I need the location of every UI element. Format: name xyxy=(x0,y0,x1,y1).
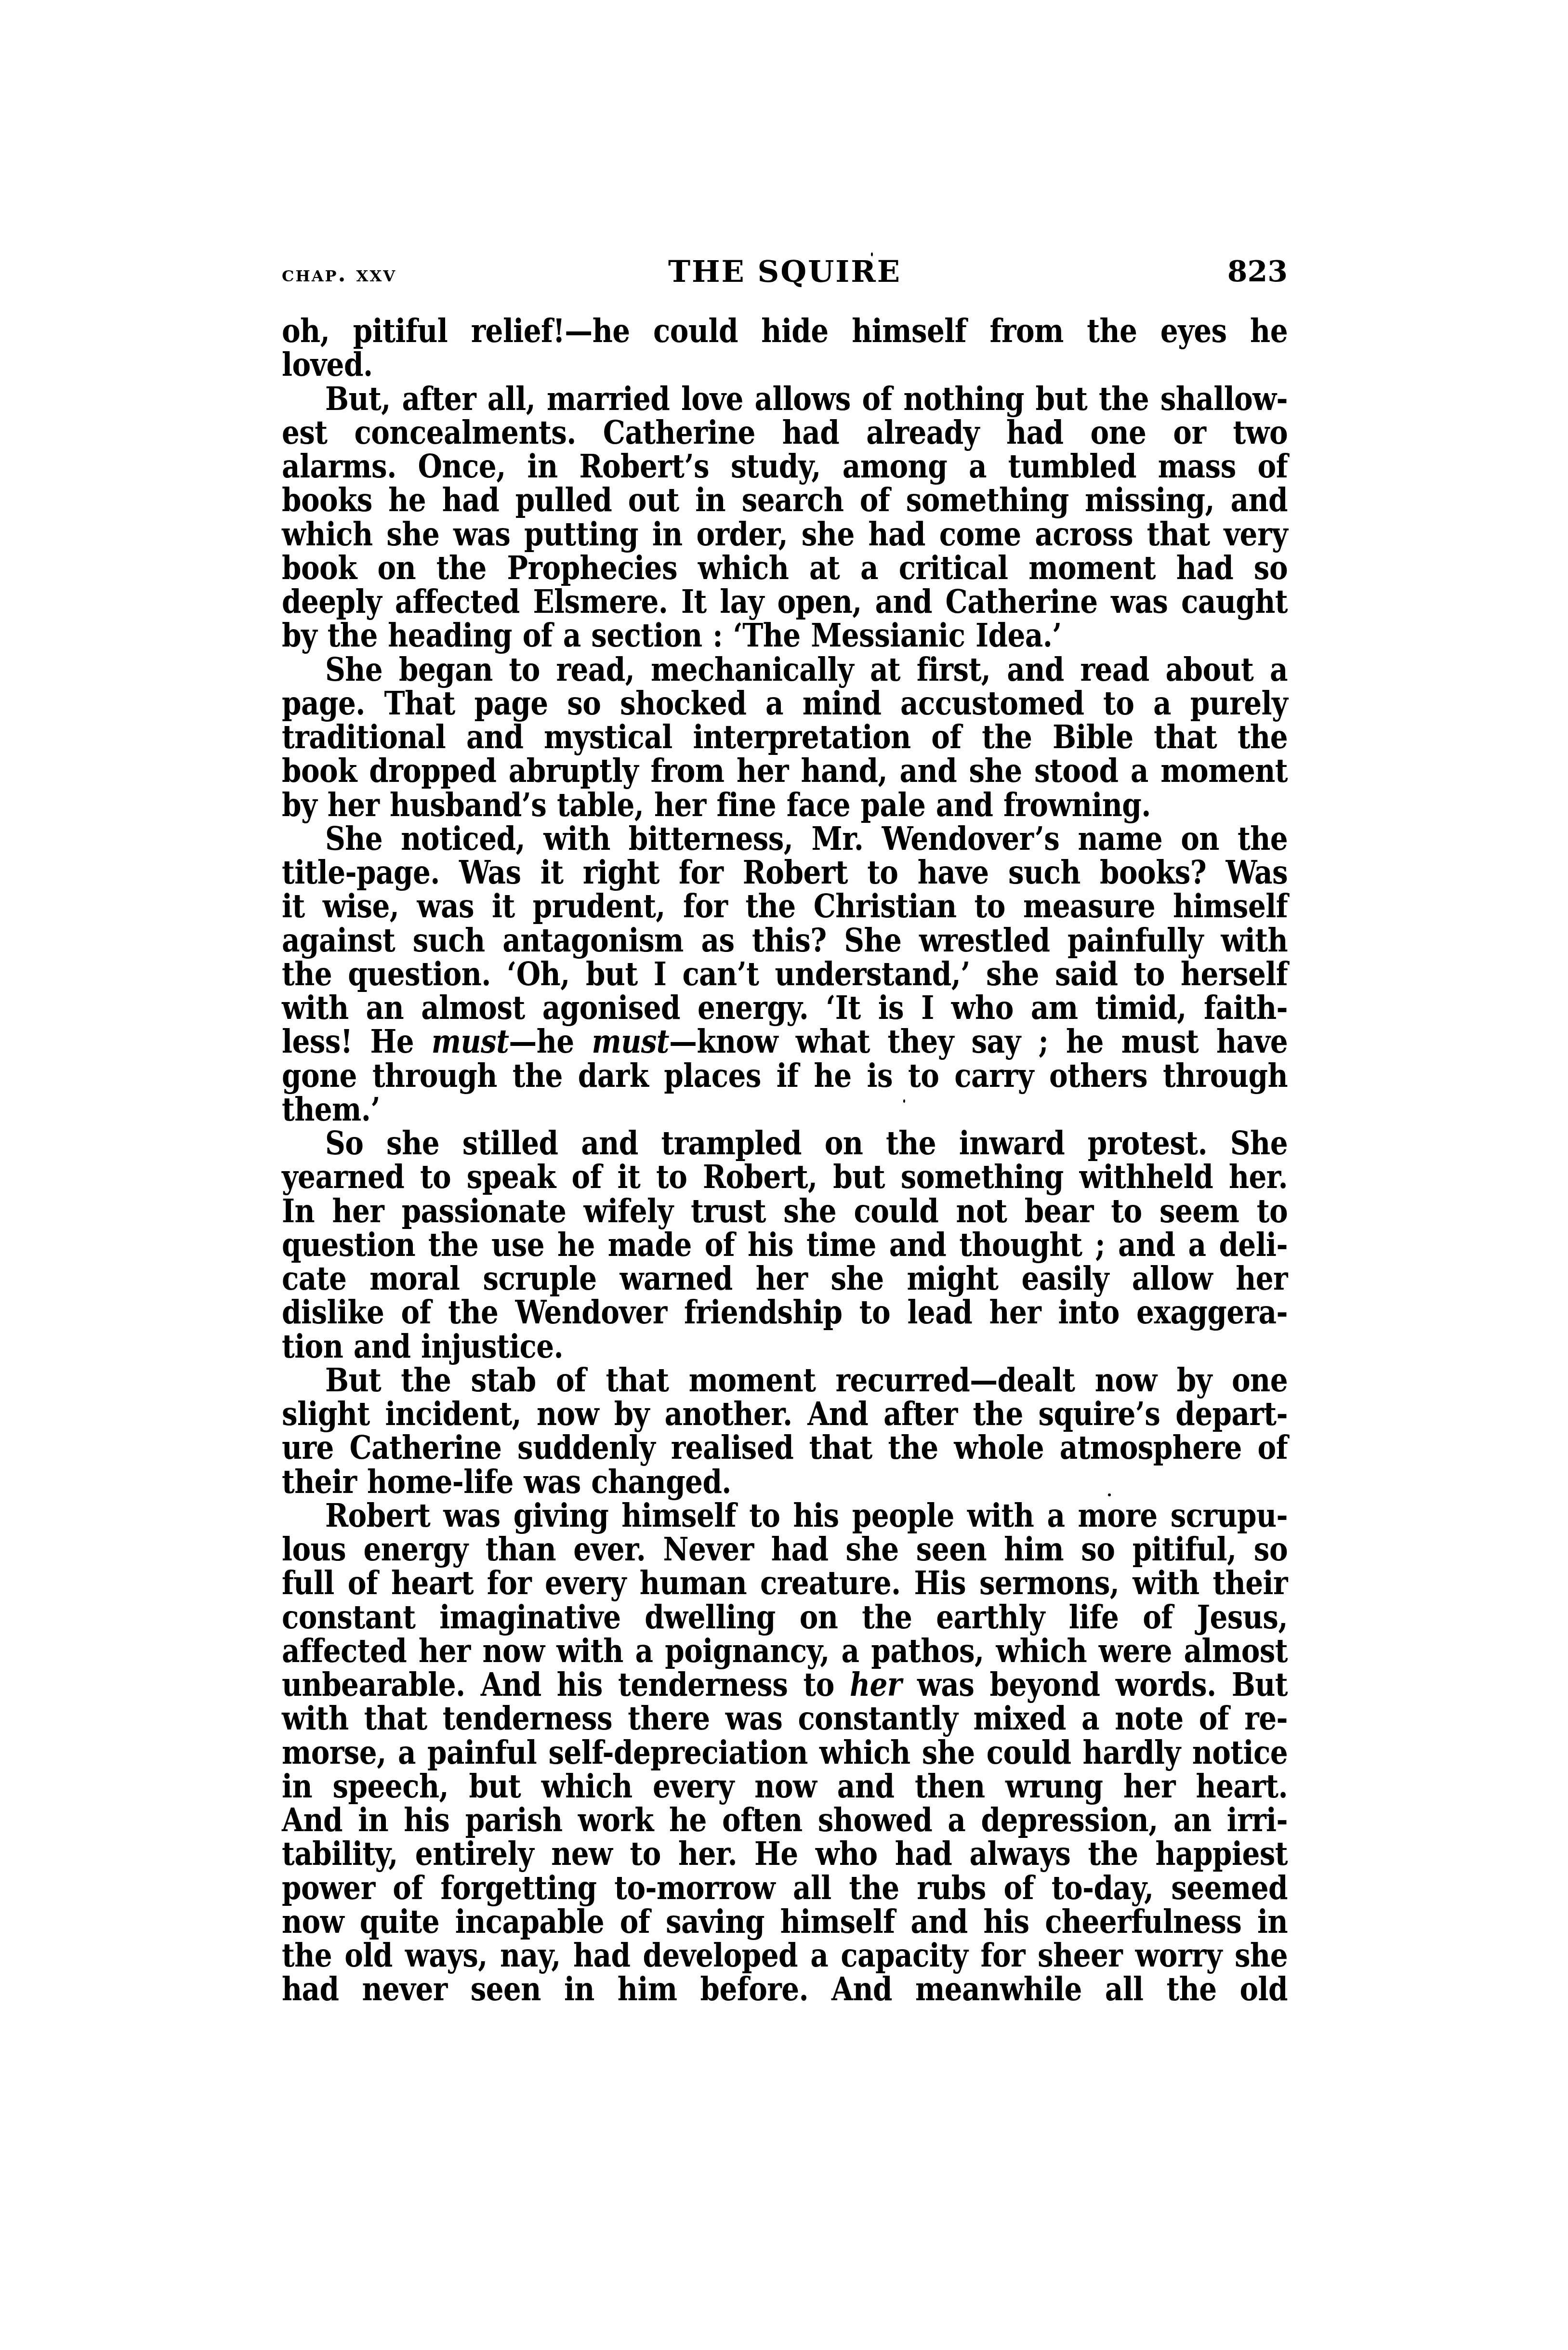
italic-emphasis: must xyxy=(432,1023,509,1060)
text-line-content: So she stilled and trampled on the inwar… xyxy=(325,1124,1288,1163)
text-line-content: them.’ xyxy=(282,1090,380,1129)
text-line: which she was putting in order, she had … xyxy=(282,515,1288,554)
text-line-content: it wise, was it prudent, for the Christi… xyxy=(282,887,1288,926)
text-line: now quite incapable of saving himself an… xyxy=(282,1902,1288,1941)
book-page: CHAP. XXV THE SQUIRE 823 oh, pitiful rel… xyxy=(0,0,1568,2350)
text-line-content: deeply affected Elsmere. It lay open, an… xyxy=(282,582,1288,621)
text-line-content: the question. ‘Oh, but I can’t understan… xyxy=(282,954,1288,993)
text-line: tion and injustice. xyxy=(282,1327,1288,1366)
text-line: And in his parish work he often showed a… xyxy=(282,1801,1288,1840)
text-line-content: oh, pitiful relief!—he could hide himsel… xyxy=(282,312,1288,351)
text-line-content: by her husband’s table, her fine face pa… xyxy=(282,785,1151,824)
page-number: 823 xyxy=(1227,255,1288,289)
text-line: alarms. Once, in Robert’s study, among a… xyxy=(282,447,1288,486)
text-line: the question. ‘Oh, but I can’t understan… xyxy=(282,954,1288,993)
text-line-content: by the heading of a section : ‘The Messi… xyxy=(282,616,1062,655)
text-line-content: tion and injustice. xyxy=(282,1327,563,1366)
body-text: oh, pitiful relief!—he could hide himsel… xyxy=(282,315,1288,2007)
book-title: THE SQUIRE xyxy=(282,254,1288,289)
text-line-content: page. That page so shocked a mind accust… xyxy=(282,684,1288,723)
text-line-content: But the stab of that moment recurred—dea… xyxy=(325,1360,1288,1399)
text-line: But the stab of that moment recurred—dea… xyxy=(282,1360,1288,1399)
text-line: morse, a painful self-depreciation which… xyxy=(282,1733,1288,1772)
text-line: slight incident, now by another. And aft… xyxy=(282,1395,1288,1434)
text-line-content: which she was putting in order, she had … xyxy=(282,515,1288,554)
text-line-content: slight incident, now by another. And aft… xyxy=(282,1395,1288,1434)
text-line-content: now quite incapable of saving himself an… xyxy=(282,1902,1288,1941)
text-segment: —he xyxy=(509,1023,592,1060)
text-line-content: cate moral scruple warned her she might … xyxy=(282,1259,1288,1298)
text-line-content: lous energy than ever. Never had she see… xyxy=(282,1530,1288,1569)
text-line: cate moral scruple warned her she might … xyxy=(282,1259,1288,1298)
text-line-content: tability, entirely new to her. He who ha… xyxy=(282,1835,1288,1874)
text-line-content: constant imaginative dwelling on the ear… xyxy=(282,1597,1288,1637)
text-line: lous energy than ever. Never had she see… xyxy=(282,1530,1288,1569)
text-line: in speech, but which every now and then … xyxy=(282,1767,1288,1806)
text-line: against such antagonism as this? She wre… xyxy=(282,921,1288,960)
italic-emphasis: her xyxy=(850,1666,902,1703)
scan-speck xyxy=(871,252,873,256)
text-line: books he had pulled out in search of som… xyxy=(282,481,1288,520)
text-segment: unbearable. And his tenderness to xyxy=(282,1666,850,1703)
running-head: CHAP. XXV THE SQUIRE 823 xyxy=(282,254,1288,288)
text-line-content: morse, a painful self-depreciation which… xyxy=(282,1733,1288,1772)
text-line: by her husband’s table, her fine face pa… xyxy=(282,785,1288,824)
text-line-content: yearned to speak of it to Robert, but so… xyxy=(282,1158,1288,1197)
text-line: unbearable. And his tenderness to her wa… xyxy=(282,1665,1288,1704)
text-line: yearned to speak of it to Robert, but so… xyxy=(282,1158,1288,1197)
text-line-content: affected her now with a poignancy, a pat… xyxy=(282,1631,1288,1670)
text-line-content: books he had pulled out in search of som… xyxy=(282,481,1288,520)
text-line: the old ways, nay, had developed a capac… xyxy=(282,1936,1288,1975)
text-line: by the heading of a section : ‘The Messi… xyxy=(282,616,1288,655)
text-line-content: less! He must—he must—know what they say… xyxy=(282,1022,1288,1061)
text-line: full of heart for every human creature. … xyxy=(282,1564,1288,1603)
text-line: had never seen in him before. And meanwh… xyxy=(282,1970,1288,2009)
text-line: with an almost agonised energy. ‘It is I… xyxy=(282,989,1288,1028)
text-line: oh, pitiful relief!—he could hide himsel… xyxy=(282,312,1288,351)
text-line-content: book dropped abruptly from her hand, and… xyxy=(282,752,1288,791)
text-line: book on the Prophecies which at a critic… xyxy=(282,548,1288,587)
text-segment: less! He xyxy=(282,1023,432,1060)
text-line-content: est concealments. Catherine had already … xyxy=(282,413,1288,452)
text-line: power of forgetting to-morrow all the ru… xyxy=(282,1868,1288,1907)
text-line: their home-life was changed. xyxy=(282,1462,1288,1501)
text-line-content: ure Catherine suddenly realised that the… xyxy=(282,1428,1288,1467)
text-line: gone through the dark places if he is to… xyxy=(282,1056,1288,1095)
text-line: less! He must—he must—know what they say… xyxy=(282,1022,1288,1061)
scan-speck xyxy=(1108,1493,1111,1496)
text-line-content: But, after all, married love allows of n… xyxy=(325,379,1288,418)
text-line: In her passionate wifely trust she could… xyxy=(282,1191,1288,1230)
text-line-content: with an almost agonised energy. ‘It is I… xyxy=(282,989,1288,1028)
text-line-content: their home-life was changed. xyxy=(282,1462,731,1501)
text-line-content: against such antagonism as this? She wre… xyxy=(282,921,1288,960)
text-line: Robert was giving himself to his people … xyxy=(282,1496,1288,1535)
text-line-content: with that tenderness there was constantl… xyxy=(282,1699,1288,1738)
text-line-content: question the use he made of his time and… xyxy=(282,1225,1288,1264)
text-line-content: Robert was giving himself to his people … xyxy=(325,1496,1288,1535)
text-line: loved. xyxy=(282,345,1288,384)
text-line-content: title-page. Was it right for Robert to h… xyxy=(282,853,1288,892)
text-line: page. That page so shocked a mind accust… xyxy=(282,684,1288,723)
text-line: with that tenderness there was constantl… xyxy=(282,1699,1288,1738)
text-line-content: alarms. Once, in Robert’s study, among a… xyxy=(282,447,1288,486)
text-line-content: had never seen in him before. And meanwh… xyxy=(282,1970,1288,2009)
text-line-content: traditional and mystical interpretation … xyxy=(282,718,1288,757)
italic-emphasis: must xyxy=(592,1023,669,1060)
text-line: constant imaginative dwelling on the ear… xyxy=(282,1597,1288,1637)
text-line: She noticed, with bitterness, Mr. Wendov… xyxy=(282,819,1288,858)
text-line-content: book on the Prophecies which at a critic… xyxy=(282,548,1288,587)
text-line: est concealments. Catherine had already … xyxy=(282,413,1288,452)
text-line-content: full of heart for every human creature. … xyxy=(282,1564,1288,1603)
scan-speck xyxy=(903,1099,905,1103)
text-line: ure Catherine suddenly realised that the… xyxy=(282,1428,1288,1467)
text-segment: was beyond words. But xyxy=(902,1666,1288,1703)
text-line: deeply affected Elsmere. It lay open, an… xyxy=(282,582,1288,621)
text-line: it wise, was it prudent, for the Christi… xyxy=(282,887,1288,926)
text-line: dislike of the Wendover friendship to le… xyxy=(282,1293,1288,1332)
text-line-content: She noticed, with bitterness, Mr. Wendov… xyxy=(325,819,1288,858)
text-line-content: And in his parish work he often showed a… xyxy=(282,1801,1288,1840)
text-line: tability, entirely new to her. He who ha… xyxy=(282,1835,1288,1874)
text-line: book dropped abruptly from her hand, and… xyxy=(282,752,1288,791)
text-line: question the use he made of his time and… xyxy=(282,1225,1288,1264)
text-line-content: in speech, but which every now and then … xyxy=(282,1767,1288,1806)
text-line: She began to read, mechanically at first… xyxy=(282,650,1288,689)
text-line: But, after all, married love allows of n… xyxy=(282,379,1288,418)
text-line: title-page. Was it right for Robert to h… xyxy=(282,853,1288,892)
text-line-content: loved. xyxy=(282,345,372,384)
text-line-content: In her passionate wifely trust she could… xyxy=(282,1191,1288,1230)
text-line-content: unbearable. And his tenderness to her wa… xyxy=(282,1665,1288,1704)
text-line: them.’ xyxy=(282,1090,1288,1129)
text-line: traditional and mystical interpretation … xyxy=(282,718,1288,757)
text-line-content: gone through the dark places if he is to… xyxy=(282,1056,1288,1095)
text-line-content: the old ways, nay, had developed a capac… xyxy=(282,1936,1288,1975)
text-line: So she stilled and trampled on the inwar… xyxy=(282,1124,1288,1163)
text-line: affected her now with a poignancy, a pat… xyxy=(282,1631,1288,1670)
text-line-content: power of forgetting to-morrow all the ru… xyxy=(282,1868,1288,1907)
text-line-content: dislike of the Wendover friendship to le… xyxy=(282,1293,1288,1332)
text-segment: —know what they say ; he must have xyxy=(669,1023,1288,1060)
text-line-content: She began to read, mechanically at first… xyxy=(325,650,1288,689)
